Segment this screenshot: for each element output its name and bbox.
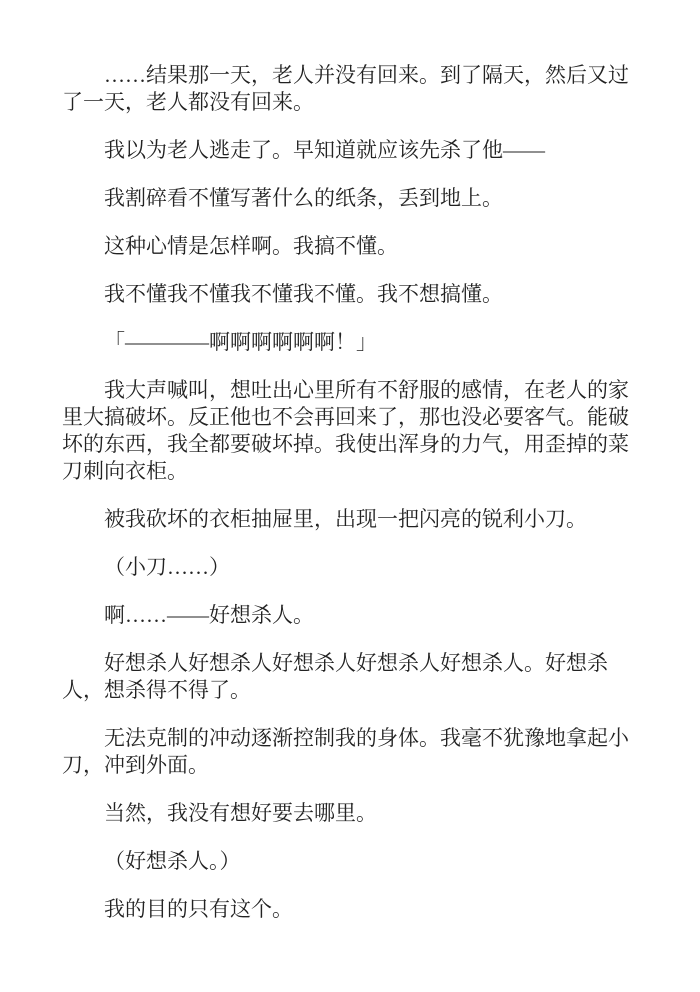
paragraph: 我的目的只有这个。 [62, 896, 638, 923]
paragraph: 我以为老人逃走了。早知道就应该先杀了他—— [62, 137, 638, 164]
paragraph: 无法克制的冲动逐渐控制我的身体。我毫不犹豫地拿起小刀，冲到外面。 [62, 725, 638, 779]
paragraph: ……结果那一天，老人并没有回来。到了隔天，然后又过了一天，老人都没有回来。 [62, 62, 638, 116]
paragraph-thought: （好想杀人。） [62, 848, 638, 875]
paragraph: 我割碎看不懂写著什么的纸条，丢到地上。 [62, 185, 638, 212]
page: ……结果那一天，老人并没有回来。到了隔天，然后又过了一天，老人都没有回来。 我以… [0, 0, 700, 992]
paragraph: 好想杀人好想杀人好想杀人好想杀人好想杀人。好想杀人，想杀得不得了。 [62, 650, 638, 704]
paragraph: 我不懂我不懂我不懂我不懂。我不想搞懂。 [62, 281, 638, 308]
paragraph: 啊……——好想杀人。 [62, 602, 638, 629]
paragraph: 当然，我没有想好要去哪里。 [62, 800, 638, 827]
paragraph-dialogue: 「————啊啊啊啊啊啊！」 [62, 329, 638, 356]
paragraph: 被我砍坏的衣柜抽屉里，出现一把闪亮的锐利小刀。 [62, 506, 638, 533]
paragraph: 这种心情是怎样啊。我搞不懂。 [62, 233, 638, 260]
paragraph: 我大声喊叫，想吐出心里所有不舒服的感情，在老人的家里大搞破坏。反正他也不会再回来… [62, 377, 638, 485]
paragraph-thought: （小刀……） [62, 554, 638, 581]
